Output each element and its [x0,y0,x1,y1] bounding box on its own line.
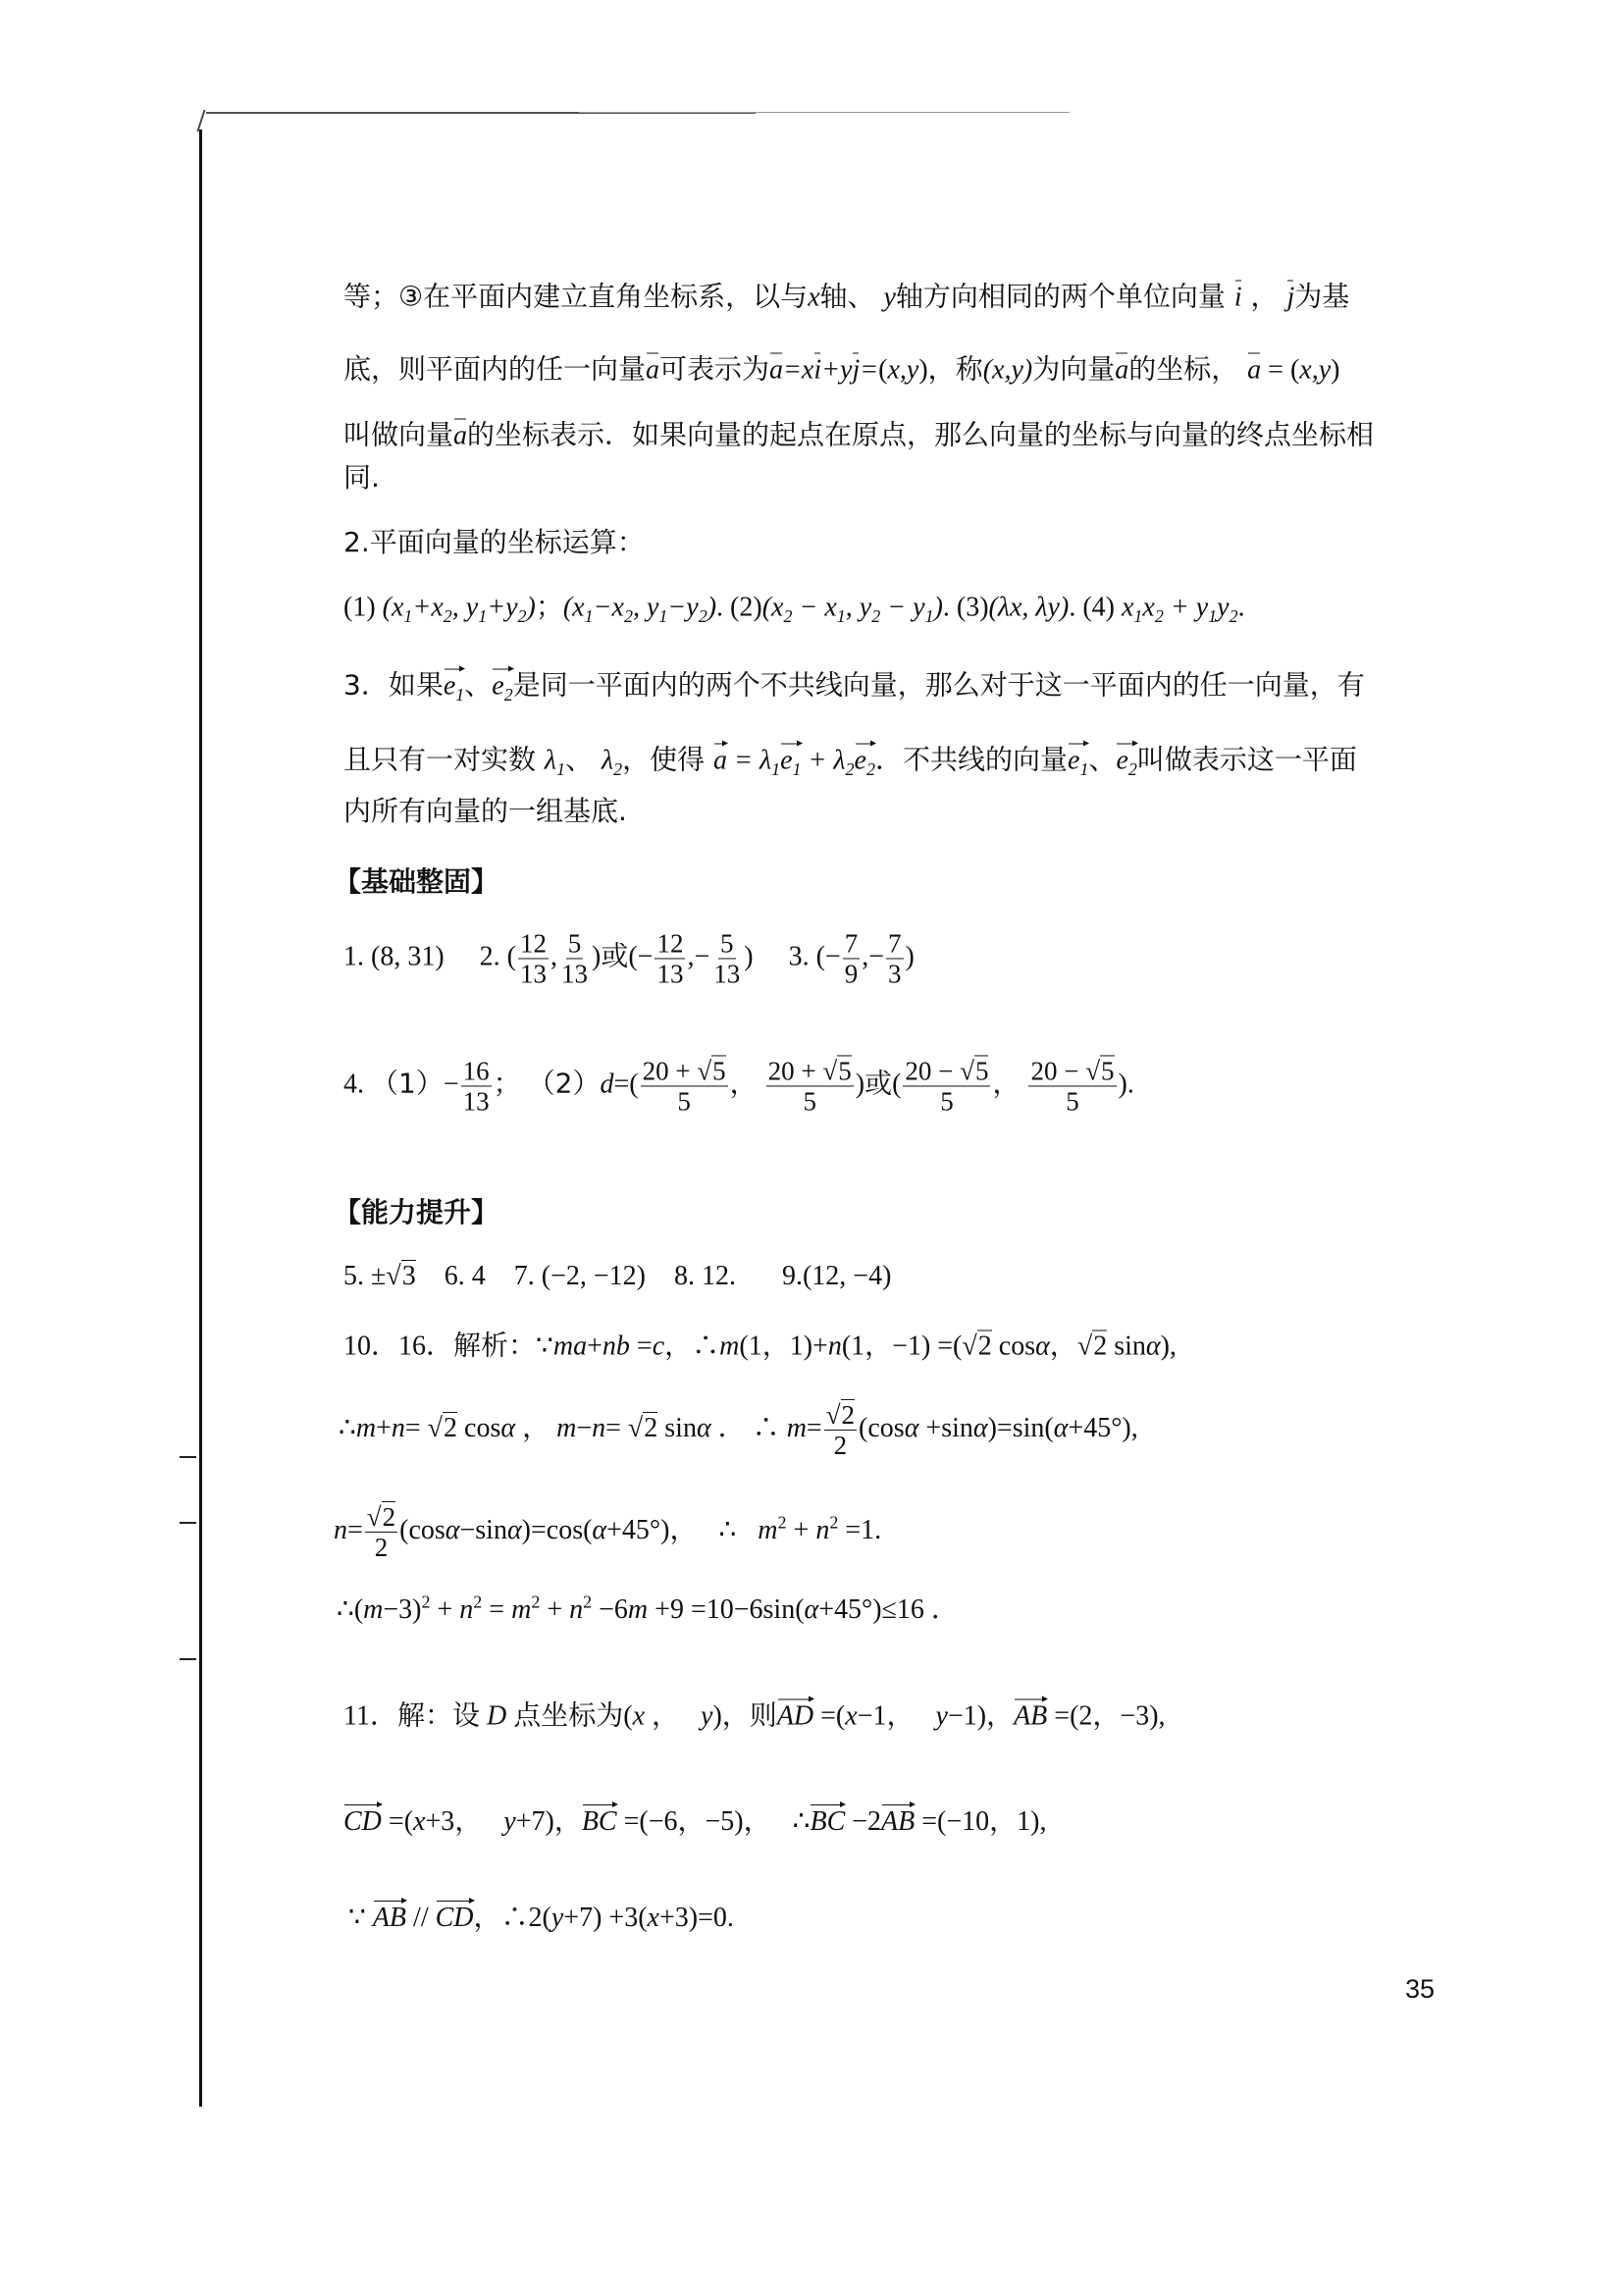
basic-answers-row1: 1. (8, 31) 2. (1213,513)或(−1213,−513) 3.… [343,924,915,988]
text: 等；③在平面内建立直角坐标系，以与 [343,281,808,313]
q10-line4: ∴(m−3)2 + n2 = m2 + n2 −6m +9 =10−6sin(α… [337,1591,959,1630]
text: ．不共线的向量 [875,744,1068,776]
text: ，使得 [622,744,705,776]
advance-answers-row: 5. ±√3 6. 4 7. (−2, −12) 8. 12. 9.(12, −… [343,1257,891,1296]
corner-mark [196,110,205,131]
unit-vector-i: i [1234,279,1242,318]
text: 且只有一对实数 [343,744,536,776]
answer-9: 9.(12, −4) [782,1261,891,1291]
margin-tick [180,1658,196,1660]
math-x: x [808,283,819,313]
math-lambda2: λ2 [602,746,622,776]
math-expr: a=xi+yj=(x,y) [769,355,928,386]
text: 叫做表示这一平面 [1137,744,1357,776]
vector-e2: e2 [1116,742,1136,781]
para1-line3: 叫做向量a的坐标表示．如果向量的起点在原点，那么向量的坐标与向量的终点坐标相 [343,416,1374,456]
answer-3: 3. (−79,−73) [789,941,915,971]
section3-line3: 内所有向量的一组基底. [343,792,627,831]
section3-line1: 3．如果e1、e2是同一平面内的两个不共线向量，那么对于这一平面内的任一向量，有 [343,666,1365,706]
vector-e2: e2 [492,667,512,706]
text: 可表示为 [659,353,769,386]
basic-answer-4: 4. （1）−1613； （2）d=(20 + √55， 20 + √55)或(… [343,1052,1134,1116]
text: 为基 [1294,281,1349,313]
math-expr: a = λ1e1 + λ2e2 [713,746,875,776]
para1-line1: 等；③在平面内建立直角坐标系，以与x轴、 y轴方向相同的两个单位向量 i ， j… [343,278,1349,318]
q11-line3: ∵ AB // CD，∴2(y+7) +3(x+3)=0. [348,1899,734,1938]
vector-a: a [1115,351,1128,391]
para1-line4: 同. [343,458,380,497]
q10-line1: 10．16．解析：∵ma+nb =c，∴m(1，1)+n(1，−1) =(√2 … [343,1327,1177,1367]
section2-ops: (1) (x1+x2, y1+y2)；(x1−x2, y1−y2). (2)(x… [343,588,1245,628]
answer-1: 1. (8, 31) [343,941,445,971]
text: 轴、 [820,281,875,313]
text: 的坐标， [1128,353,1238,386]
q10-line3: n=√22(cosα−sinα)=cos(α+45°)，∴m2 + n2 =1. [334,1499,881,1562]
binding-margin-line [199,130,202,2107]
page-number: 35 [1405,1974,1435,2005]
vector-a: a [646,351,659,391]
header-rule-dotted [579,112,1070,113]
answer-6: 6. 4 [445,1261,486,1291]
answer-7: 7. (−2, −12) [514,1261,646,1291]
math-lambda1: λ1 [545,746,565,776]
q11-line2: CD =(x+3，y+7)，BC =(−6，−5)，∴BC −2AB =(−10… [343,1802,1047,1842]
margin-tick [180,1522,196,1524]
text: 、 [464,669,492,702]
text: ，称 [928,353,983,386]
text: 、 [1088,744,1116,776]
document-page: 等；③在平面内建立直角坐标系，以与x轴、 y轴方向相同的两个单位向量 i ， j… [0,0,1623,2296]
section3-line2: 且只有一对实数 λ1、 λ2，使得 a = λ1e1 + λ2e2．不共线的向量… [343,741,1357,781]
heading-basic: 【基础整固】 [334,862,498,902]
text: 轴方向相同的两个单位向量 [896,281,1226,313]
text: ， [1251,281,1279,313]
answer-5: 5. ±√3 [343,1261,416,1291]
answer-8: 8. 12. [674,1261,736,1291]
para1-line2: 底，则平面内的任一向量a可表示为a=xi+yj=(x,y)，称(x,y)为向量a… [343,350,1339,391]
q11-line1: 11．解：设 D 点坐标为(x ，y)，则AD =(x−1，y−1)，AB =(… [343,1696,1166,1737]
margin-tick [180,1456,196,1458]
math-xy: (x,y) [983,355,1033,386]
unit-vector-j: j [1286,279,1294,318]
text: 3．如果 [343,669,444,702]
q10-line2: ∴m+n= √2 cosα ， m−n= √2 sinα ． ∴ m=√22(c… [339,1397,1138,1460]
vector-e1: e1 [444,667,464,706]
vector-e1: e1 [1068,742,1088,781]
text: 底，则平面内的任一向量 [343,353,646,386]
math-expr: a = (x,y) [1247,355,1339,386]
math-y: y [883,283,895,313]
answer-2: 2. (1213,513)或(−1213,−513) [480,941,754,971]
text: 的坐标表示．如果向量的起点在原点，那么向量的坐标与向量的终点坐标相 [467,419,1374,451]
text: 是同一平面内的两个不共线向量，那么对于这一平面内的任一向量，有 [513,669,1365,702]
section2-title: 2.平面向量的坐标运算： [343,523,645,562]
text: 、 [565,744,593,776]
text: 为向量 [1032,353,1115,386]
text: 叫做向量 [343,419,453,451]
vector-a: a [453,417,467,456]
heading-advance: 【能力提升】 [334,1193,498,1232]
